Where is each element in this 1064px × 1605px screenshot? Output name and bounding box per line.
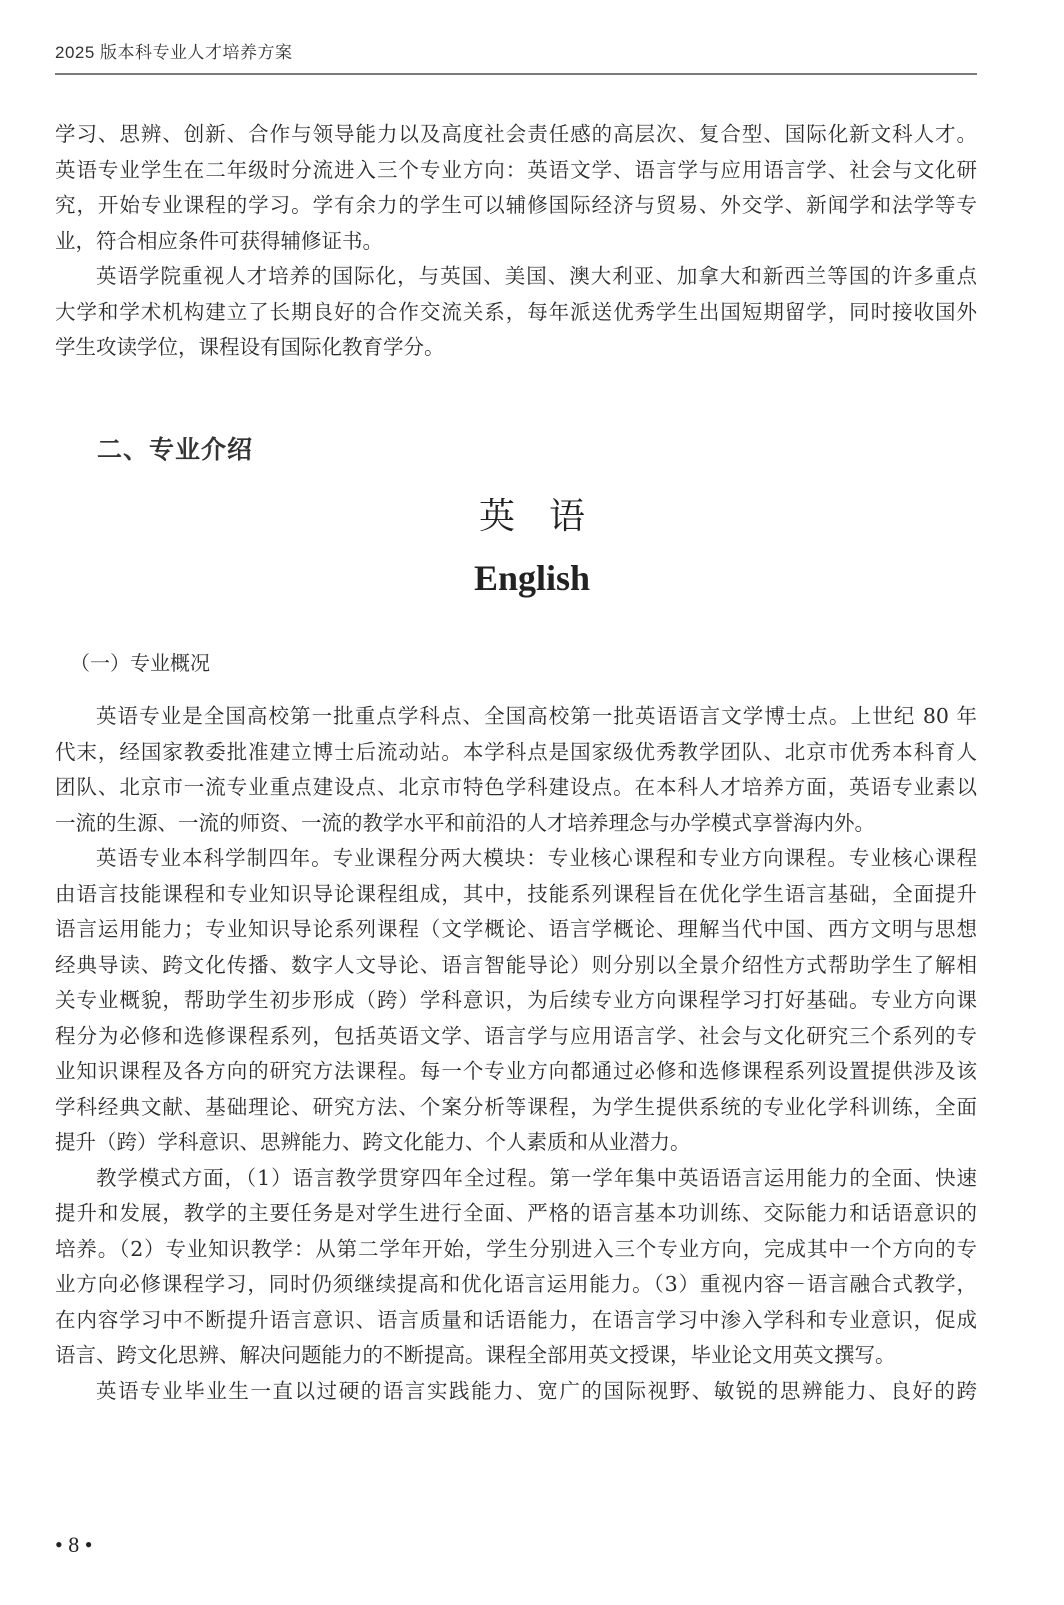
text-line: 业，符合相应条件可获得辅修证书。	[55, 224, 977, 260]
running-header-title: 2025 版本科专业人才培养方案	[55, 38, 293, 63]
header-rule-divider	[55, 73, 977, 75]
paragraph: 学习、思辨、创新、合作与领导能力以及高度社会责任感的高层次、复合型、国际化新文科…	[55, 117, 977, 259]
text-line: 提升（跨）学科意识、思辨能力、跨文化能力、个人素质和从业潜力。	[55, 1125, 977, 1161]
text-line: 英语专业毕业生一直以过硬的语言实践能力、宽广的国际视野、敏锐的思辨能力、良好的跨	[55, 1374, 977, 1410]
paragraph: 教学模式方面，（1）语言教学贯穿四年全过程。第一学年集中英语语言运用能力的全面、…	[55, 1161, 977, 1374]
text-line: 学生攻读学位，课程设有国际化教育学分。	[55, 330, 977, 366]
text-line: 培养。（2）专业知识教学：从第二学年开始，学生分别进入三个专业方向，完成其中一个…	[55, 1232, 977, 1268]
text-line: 业知识课程及各方向的研究方法课程。每一个专业方向都通过必修和选修课程系列设置提供…	[55, 1054, 977, 1090]
text-line: 关专业概貌，帮助学生初步形成（跨）学科意识，为后续专业方向课程学习打好基础。专业…	[55, 983, 977, 1019]
text-line: 学习、思辨、创新、合作与领导能力以及高度社会责任感的高层次、复合型、国际化新文科…	[55, 117, 977, 153]
page-number: • 8 •	[55, 1532, 92, 1558]
text-line: 业方向必修课程学习，同时仍须继续提高和优化语言运用能力。（3）重视内容－语言融合…	[55, 1267, 977, 1303]
text-line: 在内容学习中不断提升语言意识、语言质量和话语能力，在语言学习中渗入学科和专业意识…	[55, 1303, 977, 1339]
paragraph: 英语专业是全国高校第一批重点学科点、全国高校第一批英语语言文学博士点。上世纪 8…	[55, 699, 977, 841]
text-line: 英语专业本科学制四年。专业课程分两大模块：专业核心课程和专业方向课程。专业核心课…	[55, 841, 977, 877]
intro-continuation: 学习、思辨、创新、合作与领导能力以及高度社会责任感的高层次、复合型、国际化新文科…	[55, 117, 977, 366]
overview-body: 英语专业是全国高校第一批重点学科点、全国高校第一批英语语言文学博士点。上世纪 8…	[55, 699, 977, 1409]
text-line: 语言运用能力；专业知识导论系列课程（文学概论、语言学概论、理解当代中国、西方文明…	[55, 912, 977, 948]
text-line: 团队、北京市一流专业重点建设点、北京市特色学科建设点。在本科人才培养方面，英语专…	[55, 770, 977, 806]
document-page: 2025 版本科专业人才培养方案 学习、思辨、创新、合作与领导能力以及高度社会责…	[0, 0, 1064, 1605]
paragraph: 英语专业本科学制四年。专业课程分两大模块：专业核心课程和专业方向课程。专业核心课…	[55, 841, 977, 1161]
text-line: 究，开始专业课程的学习。学有余力的学生可以辅修国际经济与贸易、外交学、新闻学和法…	[55, 188, 977, 224]
text-line: 教学模式方面，（1）语言教学贯穿四年全过程。第一学年集中英语语言运用能力的全面、…	[55, 1161, 977, 1197]
major-title-english: English	[0, 557, 1064, 599]
text-line: 提升和发展，教学的主要任务是对学生进行全面、严格的语言基本功训练、交际能力和话语…	[55, 1196, 977, 1232]
text-line: 语言、跨文化思辨、解决问题能力的不断提高。课程全部用英文授课，毕业论文用英文撰写…	[55, 1338, 977, 1374]
text-line: 英语专业是全国高校第一批重点学科点、全国高校第一批英语语言文学博士点。上世纪 8…	[55, 699, 977, 735]
text-line: 大学和学术机构建立了长期良好的合作交流关系，每年派送优秀学生出国短期留学，同时接…	[55, 295, 977, 331]
text-line: 经典导读、跨文化传播、数字人文导论、语言智能导论）则分别以全景介绍性方式帮助学生…	[55, 948, 977, 984]
text-line: 代末，经国家教委批准建立博士后流动站。本学科点是国家级优秀教学团队、北京市优秀本…	[55, 735, 977, 771]
paragraph: 英语学院重视人才培养的国际化，与英国、美国、澳大利亚、加拿大和新西兰等国的许多重…	[55, 259, 977, 366]
text-line: 英语专业学生在二年级时分流进入三个专业方向：英语文学、语言学与应用语言学、社会与…	[55, 153, 977, 189]
text-line: 一流的生源、一流的师资、一流的教学水平和前沿的人才培养理念与办学模式享誉海内外。	[55, 806, 977, 842]
text-line: 程分为必修和选修课程系列，包括英语文学、语言学与应用语言学、社会与文化研究三个系…	[55, 1019, 977, 1055]
paragraph: 英语专业毕业生一直以过硬的语言实践能力、宽广的国际视野、敏锐的思辨能力、良好的跨	[55, 1374, 977, 1410]
text-line: 由语言技能课程和专业知识导论课程组成，其中，技能系列课程旨在优化学生语言基础，全…	[55, 877, 977, 913]
major-title-chinese: 英语	[0, 488, 1064, 539]
section-heading: 二、专业介绍	[97, 430, 253, 466]
text-line: 学科经典文献、基础理论、研究方法、个案分析等课程，为学生提供系统的专业化学科训练…	[55, 1090, 977, 1126]
subsection-heading: （一）专业概况	[70, 647, 210, 676]
text-line: 英语学院重视人才培养的国际化，与英国、美国、澳大利亚、加拿大和新西兰等国的许多重…	[55, 259, 977, 295]
